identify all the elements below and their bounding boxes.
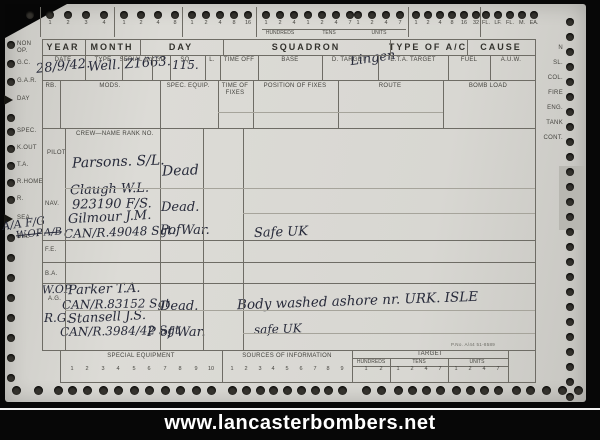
header-year: YEAR <box>46 43 79 52</box>
grid-line <box>85 39 86 55</box>
punch-hole <box>460 11 468 19</box>
header-day: DAY <box>169 43 193 52</box>
grid-line <box>170 55 171 80</box>
left-margin-label: R.HOME <box>17 179 41 186</box>
punch-hole <box>130 386 139 395</box>
punch-hole <box>566 183 574 191</box>
punch-hole <box>64 11 72 19</box>
grid-line <box>42 128 536 129</box>
punch-number: 4 <box>424 367 427 373</box>
grid-line <box>42 39 536 40</box>
punch-hole <box>424 11 432 19</box>
grid-line <box>256 7 257 37</box>
punch-hole <box>566 78 574 86</box>
punch-number: 1 <box>306 21 309 27</box>
day-marker-wedge <box>4 95 13 105</box>
punch-number: 2 <box>410 367 413 373</box>
punch-hole <box>7 145 15 153</box>
punch-number: 8 <box>232 21 235 27</box>
watermark-url: www.lancasterbombers.net <box>164 412 435 434</box>
punch-hole <box>566 348 574 356</box>
grid-line <box>205 55 206 80</box>
punch-hole <box>566 258 574 266</box>
grid-line <box>40 7 41 37</box>
grid-line <box>480 7 481 37</box>
punch-number: 10 <box>208 367 214 373</box>
punch-hole <box>566 48 574 56</box>
grid-line <box>223 39 224 55</box>
punch-hole <box>354 11 362 19</box>
punch-hole <box>7 254 15 262</box>
sublabel-hundreds: HUNDREDS <box>266 31 294 36</box>
grid-line <box>160 128 161 350</box>
punch-number: 2 <box>139 21 142 27</box>
field-eta-target: E.T.A. TARGET <box>390 57 435 64</box>
punch-hole <box>161 386 170 395</box>
grid-line <box>65 188 535 189</box>
punch-hole <box>566 123 574 131</box>
grid-line <box>42 283 536 284</box>
special-equipment-title: SPECIAL EQUIPMENT <box>107 353 175 360</box>
punch-number: 4 <box>384 21 387 27</box>
punch-hole <box>304 11 312 19</box>
punch-hole <box>7 374 15 382</box>
punch-hole <box>283 386 292 395</box>
punch-number: 8 <box>326 367 329 373</box>
punch-hole <box>7 179 15 187</box>
punch-number: 6 <box>299 367 302 373</box>
left-margin-label: G.A.R. <box>17 78 41 85</box>
grid-line <box>42 55 536 56</box>
field-time-off: TIME OFF <box>224 57 254 64</box>
right-margin-label: COL. <box>548 75 563 82</box>
punch-hole <box>216 11 224 19</box>
hw-pilot-name: Parsons. S/L. <box>72 153 165 170</box>
punch-number: 4 <box>116 367 119 373</box>
field-spec-equip: SPEC. EQUIP. <box>167 83 210 90</box>
punch-hole <box>99 386 108 395</box>
punch-hole <box>566 213 574 221</box>
punch-hole <box>7 354 15 362</box>
punch-number: 7 <box>313 367 316 373</box>
punch-hole <box>276 11 284 19</box>
punch-number: 4 <box>334 21 337 27</box>
punch-number: 9 <box>340 367 343 373</box>
record-card-photo: YEAR MONTH DAY SQUADRON TYPE OF A/C CAUS… <box>0 0 600 440</box>
watermark-divider <box>0 408 600 410</box>
punch-hole <box>192 386 201 395</box>
left-margin-label: R. <box>17 196 41 203</box>
punch-hole <box>566 153 574 161</box>
field-l: L. <box>209 57 215 64</box>
punch-hole <box>566 138 574 146</box>
punch-number: 3 <box>258 367 261 373</box>
grid-line <box>390 39 391 55</box>
punch-hole <box>566 363 574 371</box>
punch-hole <box>7 274 15 282</box>
punch-number: 1 <box>454 367 457 373</box>
left-margin-label: DAY <box>17 96 41 103</box>
punch-number: 1 <box>190 21 193 27</box>
punch-hole <box>188 11 196 19</box>
punch-hole <box>346 11 354 19</box>
grid-line <box>60 80 61 128</box>
punch-hole <box>566 93 574 101</box>
target-units-label: UNITS <box>470 360 485 365</box>
hw-crew3-role-struck: A/B <box>44 227 63 238</box>
punch-number: 1 <box>264 21 267 27</box>
punch-hole <box>311 386 320 395</box>
grid-line <box>535 39 536 383</box>
punch-hole <box>566 63 574 71</box>
punch-hole <box>566 18 574 26</box>
grid-line <box>65 128 66 350</box>
punch-hole <box>68 386 77 395</box>
punch-hole <box>542 386 551 395</box>
punch-hole <box>7 41 15 49</box>
punch-hole <box>54 386 63 395</box>
punch-hole <box>34 386 43 395</box>
right-margin-label: N <box>558 45 563 52</box>
punch-number: 1 <box>414 21 417 27</box>
punch-hole <box>422 386 431 395</box>
grid-line <box>218 112 443 113</box>
punch-hole <box>7 114 15 122</box>
grid-line <box>508 350 509 382</box>
header-month: MONTH <box>91 43 134 52</box>
role-ag: A.G. <box>48 296 61 303</box>
punch-number: 7 <box>398 21 401 27</box>
grid-line <box>182 7 183 37</box>
grid-line <box>122 55 123 80</box>
grid-line <box>60 350 61 382</box>
grid-line <box>490 55 491 80</box>
crew-header: CREW—NAME RANK NO. <box>76 131 154 138</box>
header-cause: CAUSE <box>480 43 522 52</box>
punch-hole <box>412 11 420 19</box>
punch-number: 8 <box>178 367 181 373</box>
left-margin-label: NON OP. <box>17 41 41 55</box>
punch-hole <box>566 168 574 176</box>
punch-hole <box>324 386 333 395</box>
grid-line <box>203 128 204 350</box>
punch-hole <box>436 386 445 395</box>
punch-number: 1 <box>356 21 359 27</box>
punch-number: 1 <box>396 367 399 373</box>
punch-number: 2 <box>370 21 373 27</box>
photo-corner-shadow <box>5 4 67 38</box>
punch-hole <box>408 386 417 395</box>
grid-line <box>253 80 254 128</box>
punch-number: 2 <box>379 367 382 373</box>
punch-hole <box>436 11 444 19</box>
grid-line <box>220 55 221 80</box>
punch-hole <box>242 386 251 395</box>
field-mods: MODS. <box>99 83 120 90</box>
punch-number: 1 <box>48 21 51 27</box>
punch-hole <box>297 386 306 395</box>
punch-hole <box>566 198 574 206</box>
hw-rg-fate: P of War. <box>147 326 206 339</box>
punch-number: 2 <box>85 367 88 373</box>
grid-line <box>352 358 508 359</box>
punch-hole <box>566 33 574 41</box>
field-rb: RB. <box>46 83 57 90</box>
grid-line <box>60 382 536 383</box>
punch-number: 2 <box>320 21 323 27</box>
punch-number: 2 <box>204 21 207 27</box>
role-ba: B.A. <box>45 271 58 278</box>
header-type-ac: TYPE OF A/C <box>389 43 467 52</box>
right-margin-label: TANK <box>546 120 563 127</box>
grid-line <box>218 80 219 128</box>
punch-hole <box>368 11 376 19</box>
punch-number: 7 <box>348 21 351 27</box>
punch-number: 4 <box>156 21 159 27</box>
punch-hole <box>394 386 403 395</box>
field-auw: A.U.W. <box>501 57 521 64</box>
punch-number: 16 <box>461 21 467 27</box>
punch-hole <box>512 386 521 395</box>
punch-number: 7 <box>163 367 166 373</box>
punch-hole <box>574 386 583 395</box>
punch-hole <box>7 234 15 242</box>
punch-number: 4 <box>482 367 485 373</box>
punch-hole <box>7 196 15 204</box>
punch-number: 3 <box>101 367 104 373</box>
punch-hole <box>202 11 210 19</box>
punch-hole <box>137 11 145 19</box>
punch-number: 4 <box>102 21 105 27</box>
punch-hole <box>494 11 502 19</box>
hw-crew2-name: Claugh W.L. <box>70 182 149 198</box>
punch-number: LF. <box>494 21 501 27</box>
hw-pilot-fate: Dead <box>162 163 199 178</box>
header-squadron: SQUADRON <box>272 43 341 52</box>
punch-hole <box>7 334 15 342</box>
sublabel-units: UNITS <box>372 31 387 36</box>
punch-hole <box>362 386 371 395</box>
grid-line <box>443 80 444 128</box>
grid-line <box>160 80 161 128</box>
punch-hole <box>290 11 298 19</box>
punch-number: 6 <box>147 367 150 373</box>
field-time-of-fixes: TIME OF FIXES <box>217 83 253 97</box>
punch-number: 3 <box>84 21 87 27</box>
punch-hole <box>566 378 574 386</box>
punch-hole <box>269 386 278 395</box>
grid-line <box>42 350 536 351</box>
punch-hole <box>26 11 34 19</box>
grid-line <box>467 39 468 55</box>
punch-hole <box>526 386 535 395</box>
grid-line <box>114 7 115 37</box>
punch-number: 2 <box>244 367 247 373</box>
punch-hole <box>566 243 574 251</box>
punch-number: M. <box>519 21 525 27</box>
left-margin-label: T.A. <box>17 162 41 169</box>
punch-number: 9 <box>194 367 197 373</box>
punch-hole <box>494 386 503 395</box>
punch-hole <box>145 386 154 395</box>
punch-number: 8 <box>450 21 453 27</box>
grid-line <box>65 310 535 311</box>
grid-line <box>408 7 409 37</box>
punch-hole <box>228 386 237 395</box>
punch-hole <box>377 386 386 395</box>
target-tens-label: TENS <box>412 360 425 365</box>
punch-number: 1 <box>364 367 367 373</box>
punch-hole <box>154 11 162 19</box>
punch-number: 7 <box>496 367 499 373</box>
grid-line <box>42 262 536 263</box>
role-fe: F.E. <box>45 247 57 254</box>
punch-hole <box>472 11 480 19</box>
field-bomb-load: BOMB LOAD <box>469 83 507 90</box>
punch-hole <box>530 11 538 19</box>
punch-hole <box>566 288 574 296</box>
punch-number: 1 <box>70 367 73 373</box>
grid-line <box>152 55 153 80</box>
left-margin-label: G.C. <box>17 60 41 67</box>
punch-hole <box>332 11 340 19</box>
grid-line <box>448 358 449 382</box>
left-margin-label: SEA <box>17 215 41 222</box>
role-pilot: PILOT <box>47 150 66 157</box>
punch-number: 4 <box>438 21 441 27</box>
punch-hole <box>262 11 270 19</box>
punch-hole <box>244 11 252 19</box>
punch-hole <box>566 108 574 116</box>
punch-hole <box>396 11 404 19</box>
right-margin-label: FIRE <box>548 90 563 97</box>
punch-hole <box>382 11 390 19</box>
punch-hole <box>566 393 574 401</box>
punch-hole <box>100 11 108 19</box>
role-nav: NAV. <box>45 201 59 208</box>
form-number: P.No. A/44 51-8589 <box>451 342 495 347</box>
punch-hole <box>466 386 475 395</box>
punch-number: 2 <box>426 21 429 27</box>
right-margin-label: SL. <box>553 60 563 67</box>
punch-hole <box>171 11 179 19</box>
punch-number: 8 <box>173 21 176 27</box>
punch-hole <box>12 386 21 395</box>
punch-hole <box>482 11 490 19</box>
left-margin-label: SPEC. <box>17 128 41 135</box>
punch-hole <box>518 11 526 19</box>
punch-number: 5 <box>285 367 288 373</box>
grid-line <box>390 358 391 382</box>
field-route: ROUTE <box>379 83 402 90</box>
field-fuel: FUEL <box>461 57 478 64</box>
punch-hole <box>480 386 489 395</box>
grid-line <box>338 80 339 128</box>
punch-hole <box>558 386 567 395</box>
punch-hole <box>566 318 574 326</box>
punch-number: FL. <box>482 21 490 27</box>
target-hundreds-label: HUNDREDS <box>357 360 385 365</box>
grid-line <box>258 55 259 80</box>
punch-hole <box>7 60 15 68</box>
grid-line <box>243 333 535 334</box>
sources-title: SOURCES OF INFORMATION <box>242 353 332 360</box>
punch-number: 2 <box>66 21 69 27</box>
punch-hole <box>7 162 15 170</box>
left-margin-label: K.OUT <box>17 145 41 152</box>
punch-hole <box>506 11 514 19</box>
hw-crew3-note: Safe UK <box>254 225 308 240</box>
punch-number: EA. <box>530 21 539 27</box>
punch-hole <box>452 386 461 395</box>
grid-line <box>140 39 141 55</box>
grid-line <box>243 213 535 214</box>
punch-hole <box>7 78 15 86</box>
punch-number: 5 <box>132 367 135 373</box>
punch-hole <box>230 11 238 19</box>
punch-number: 2 <box>468 367 471 373</box>
punch-hole <box>114 386 123 395</box>
grid-line <box>42 80 536 81</box>
hw-crew2-fate: Dead. <box>161 201 199 214</box>
punch-hole <box>82 11 90 19</box>
punch-hole <box>176 386 185 395</box>
punch-hole <box>318 11 326 19</box>
grid-line <box>243 128 244 350</box>
punch-hole <box>256 386 265 395</box>
punch-hole <box>46 11 54 19</box>
punch-hole <box>566 228 574 236</box>
punch-number: 4 <box>271 367 274 373</box>
punch-number: FL. <box>506 21 514 27</box>
punch-hole <box>207 386 216 395</box>
right-margin-label: ENG. <box>547 105 563 112</box>
punch-number: 1 <box>230 367 233 373</box>
grid-line <box>42 39 43 351</box>
punch-hole <box>566 333 574 341</box>
field-position-of-fixes: POSITION OF FIXES <box>264 83 327 90</box>
punch-number: 7 <box>438 367 441 373</box>
punch-number: 4 <box>292 21 295 27</box>
punch-number: 32 <box>473 21 479 27</box>
grid-line <box>222 350 223 382</box>
punch-hole <box>7 128 15 136</box>
punch-hole <box>566 273 574 281</box>
punch-hole <box>448 11 456 19</box>
punch-number: 1 <box>122 21 125 27</box>
grid-line <box>85 55 86 80</box>
punch-hole <box>7 294 15 302</box>
hw-wop-name: Parker T.A. <box>68 282 141 298</box>
punch-hole <box>120 11 128 19</box>
punch-number: 2 <box>278 21 281 27</box>
grid-line <box>322 55 323 80</box>
punch-number: 4 <box>218 21 221 27</box>
punch-hole <box>83 386 92 395</box>
right-margin-label: CONT. <box>544 135 564 142</box>
grid-line <box>42 240 536 241</box>
sublabel-tens: TENS <box>322 31 335 36</box>
grid-line <box>448 55 449 80</box>
grid-line <box>262 29 406 30</box>
left-margin-label: D.A. <box>17 234 41 241</box>
field-base: BASE <box>281 57 298 64</box>
target-title: TARGET <box>417 351 443 358</box>
punch-hole <box>7 314 15 322</box>
punch-number: 16 <box>245 21 251 27</box>
hw-wop-fate: Dead. <box>160 300 198 313</box>
punch-hole <box>566 303 574 311</box>
